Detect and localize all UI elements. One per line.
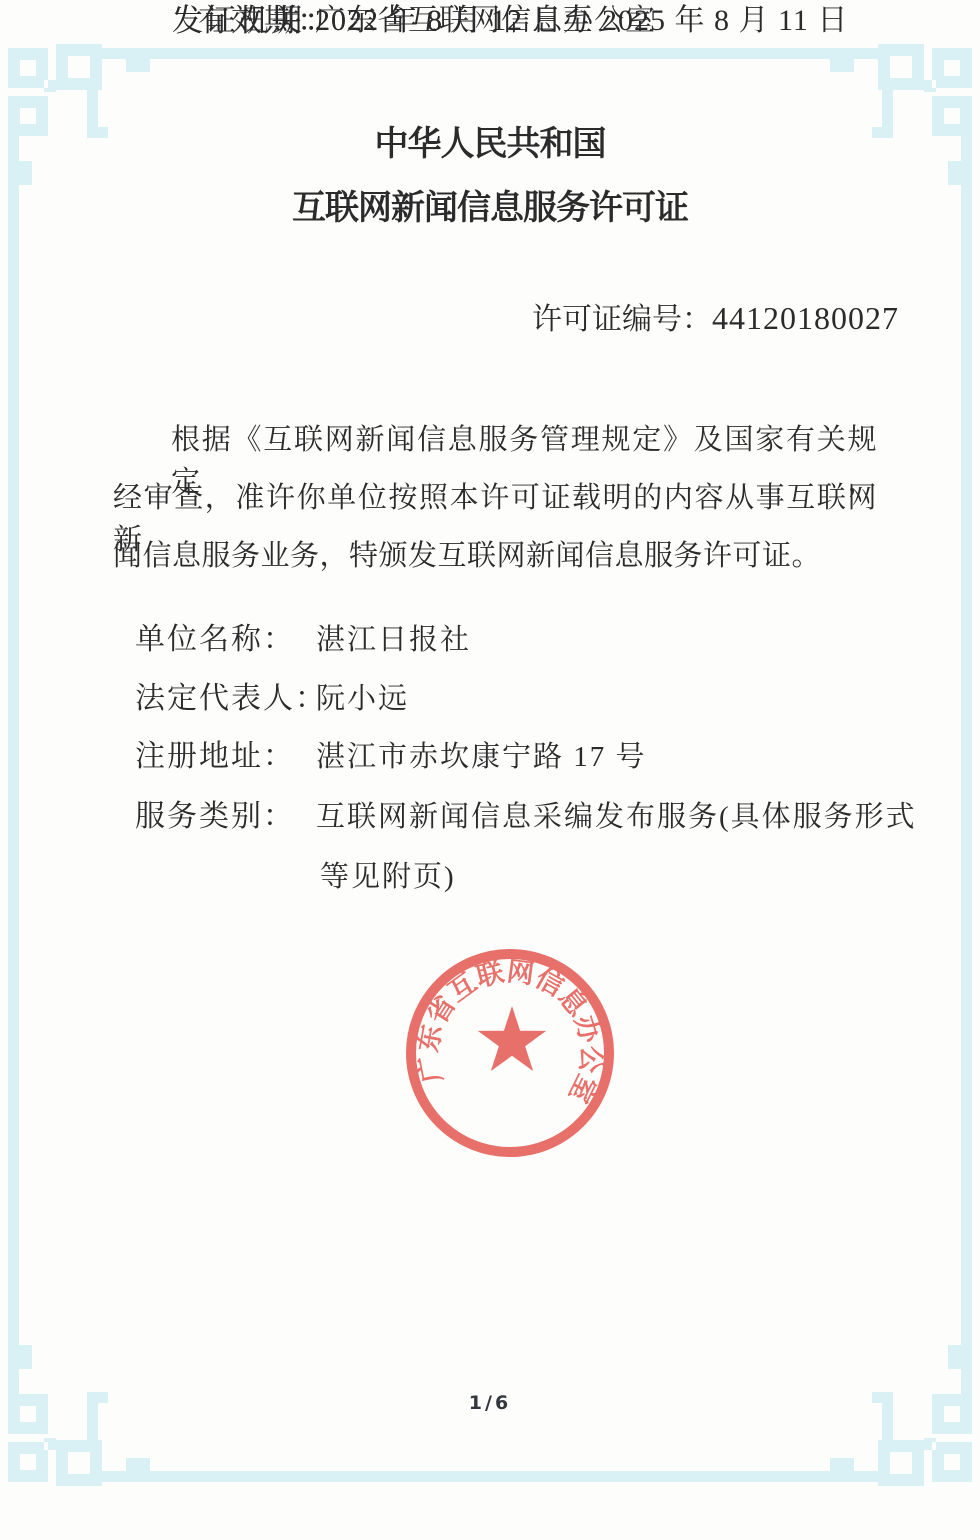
frame-line-top (200, 48, 780, 59)
license-page: 中华人民共和国 互联网新闻信息服务许可证 许可证编号：44120180027 根… (0, 0, 980, 1540)
field-label: 服务类别： (135, 797, 295, 837)
seal-ring (411, 954, 609, 1152)
field-value: 互联网新闻信息采编发布服务(具体服务形式 (316, 797, 917, 837)
validity-period-value: 2022 年 8 月 12 日至 2025 年 8 月 11 日 (315, 0, 848, 42)
field-row-service-category: 服务类别： 互联网新闻信息采编发布服务(具体服务形式 (0, 797, 980, 837)
seal-star-icon (478, 1006, 546, 1071)
svg-text:广东省互联网信息办公室: 广东省互联网信息办公室 (413, 956, 607, 1108)
field-value: 阮小远 (316, 679, 409, 719)
body-line-3: 闻信息服务业务，特颁发互联网新闻信息服务许可证。 (113, 535, 821, 577)
field-label: 注册地址： (135, 737, 295, 777)
field-row-registered-address: 注册地址： 湛江市赤坎康宁路 17 号 (0, 737, 980, 777)
page-indicator: 1/6 (0, 1392, 980, 1414)
license-number-label: 许可证编号： (532, 303, 712, 336)
field-label: 单位名称： (135, 620, 295, 660)
validity-period-label: 有效期： (198, 0, 330, 42)
field-value: 湛江市赤坎康宁路 17 号 (316, 737, 647, 777)
corner-ornament-bottom-right-icon (780, 1330, 980, 1530)
field-value: 湛江日报社 (316, 620, 471, 660)
corner-ornament-bottom-left-icon (0, 1330, 200, 1530)
field-row-unit-name: 单位名称： 湛江日报社 (0, 620, 980, 660)
document-title-line1: 中华人民共和国 (0, 122, 980, 168)
frame-line-bottom (200, 1471, 780, 1482)
field-label: 法定代表人： (135, 679, 327, 719)
seal-arc-text: 广东省互联网信息办公室 (413, 956, 607, 1108)
document-title-line2: 互联网新闻信息服务许可证 (0, 186, 980, 232)
service-category-continuation: 等见附页) (320, 857, 456, 897)
field-row-legal-representative: 法定代表人： 阮小远 (0, 679, 980, 719)
license-number-value: 44120180027 (712, 300, 899, 336)
validity-period-row: 有效期： 2022 年 8 月 12 日至 2025 年 8 月 11 日 (0, 0, 980, 42)
license-number-row: 许可证编号：44120180027 (532, 297, 899, 341)
official-seal: 广东省互联网信息办公室 (392, 934, 628, 1174)
